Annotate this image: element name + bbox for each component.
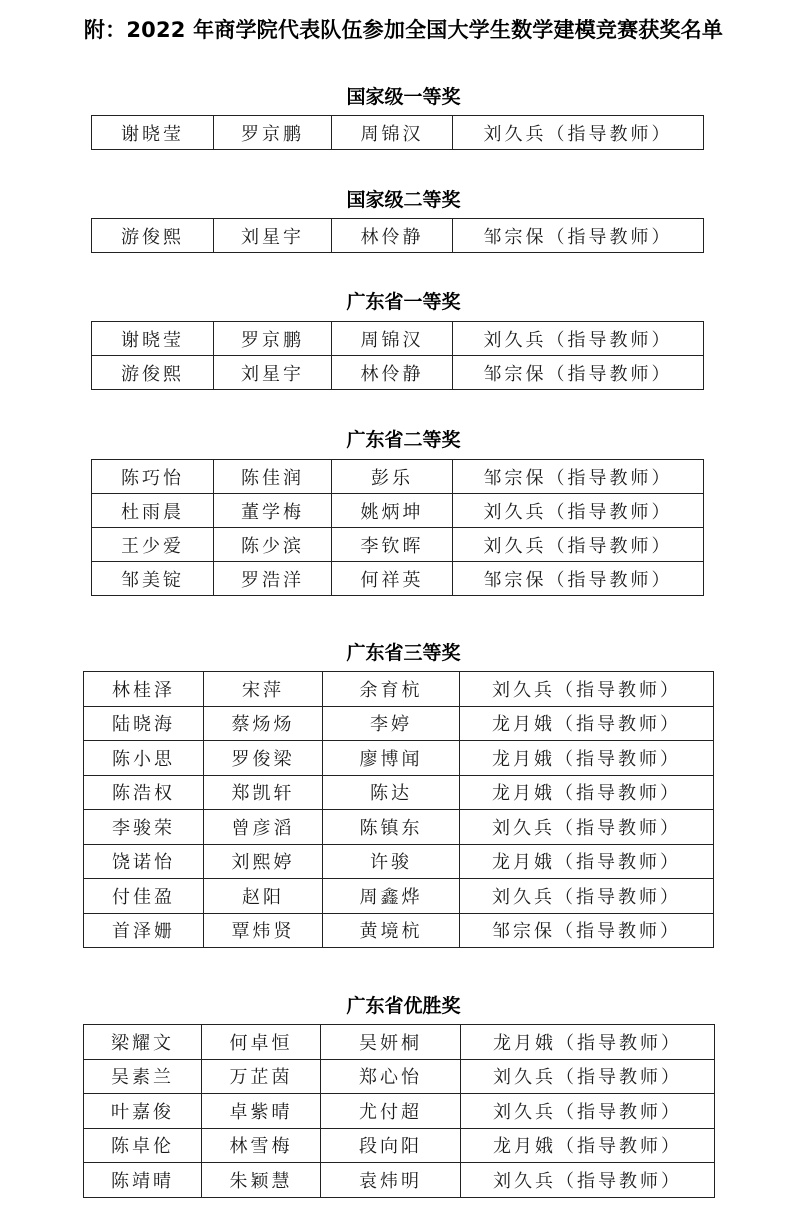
advisor-cell: 刘久兵（指导教师） (453, 528, 704, 562)
advisor-cell: 龙月娥（指导教师） (460, 775, 714, 810)
advisor-cell: 龙月娥（指导教师） (461, 1128, 715, 1163)
section-heading-national-first: 国家级一等奖 (0, 85, 807, 109)
member-cell: 谢晓莹 (92, 322, 214, 356)
member-cell: 陆晓海 (84, 706, 204, 741)
member-cell: 谢晓莹 (92, 116, 214, 150)
member-cell: 林伶静 (332, 219, 453, 253)
table-row: 谢晓莹 罗京鹏 周锦汉 刘久兵（指导教师） (92, 116, 704, 150)
member-cell: 陈靖晴 (84, 1163, 202, 1198)
advisor-cell: 刘久兵（指导教师） (453, 494, 704, 528)
member-cell: 叶嘉俊 (84, 1094, 202, 1129)
member-cell: 彭乐 (332, 460, 453, 494)
member-cell: 卓紫晴 (202, 1094, 321, 1129)
advisor-cell: 邹宗保（指导教师） (460, 913, 714, 948)
member-cell: 林伶静 (332, 356, 453, 390)
member-cell: 吴妍桐 (321, 1025, 461, 1060)
table-row: 吴素兰 万芷茵 郑心怡 刘久兵（指导教师） (84, 1059, 715, 1094)
table-row: 陆晓海 蔡炀炀 李婷 龙月娥（指导教师） (84, 706, 714, 741)
member-cell: 陈浩权 (84, 775, 204, 810)
table-row: 邹美锭 罗浩洋 何祥英 邹宗保（指导教师） (92, 562, 704, 596)
member-cell: 游俊熙 (92, 219, 214, 253)
member-cell: 王少爱 (92, 528, 214, 562)
award-table-provincial-first: 谢晓莹 罗京鹏 周锦汉 刘久兵（指导教师） 游俊熙 刘星宇 林伶静 邹宗保（指导… (91, 321, 704, 390)
member-cell: 林桂泽 (84, 672, 204, 707)
advisor-cell: 刘久兵（指导教师） (460, 879, 714, 914)
member-cell: 许骏 (323, 844, 460, 879)
advisor-cell: 刘久兵（指导教师） (460, 672, 714, 707)
table-row: 首泽姗 覃炜贤 黄境杭 邹宗保（指导教师） (84, 913, 714, 948)
advisor-cell: 邹宗保（指导教师） (453, 460, 704, 494)
advisor-cell: 刘久兵（指导教师） (461, 1163, 715, 1198)
award-table-provincial-third: 林桂泽 宋萍 余育杭 刘久兵（指导教师） 陆晓海 蔡炀炀 李婷 龙月娥（指导教师… (83, 671, 714, 948)
table-row: 陈卓伦 林雪梅 段向阳 龙月娥（指导教师） (84, 1128, 715, 1163)
member-cell: 董学梅 (214, 494, 332, 528)
member-cell: 首泽姗 (84, 913, 204, 948)
table-row: 梁耀文 何卓恒 吴妍桐 龙月娥（指导教师） (84, 1025, 715, 1060)
member-cell: 尤付超 (321, 1094, 461, 1129)
award-table-national-second: 游俊熙 刘星宇 林伶静 邹宗保（指导教师） (91, 218, 704, 253)
member-cell: 曾彦滔 (204, 810, 323, 845)
member-cell: 付佳盈 (84, 879, 204, 914)
member-cell: 袁炜明 (321, 1163, 461, 1198)
table-row: 杜雨晨 董学梅 姚炳坤 刘久兵（指导教师） (92, 494, 704, 528)
member-cell: 姚炳坤 (332, 494, 453, 528)
table-row: 叶嘉俊 卓紫晴 尤付超 刘久兵（指导教师） (84, 1094, 715, 1129)
section-heading-provincial-merit: 广东省优胜奖 (0, 994, 807, 1018)
member-cell: 周鑫烨 (323, 879, 460, 914)
table-row: 王少爱 陈少滨 李钦晖 刘久兵（指导教师） (92, 528, 704, 562)
member-cell: 刘星宇 (214, 219, 332, 253)
advisor-cell: 刘久兵（指导教师） (461, 1059, 715, 1094)
member-cell: 黄境杭 (323, 913, 460, 948)
member-cell: 陈小思 (84, 741, 204, 776)
award-table-provincial-second: 陈巧怡 陈佳润 彭乐 邹宗保（指导教师） 杜雨晨 董学梅 姚炳坤 刘久兵（指导教… (91, 459, 704, 596)
award-table-national-first: 谢晓莹 罗京鹏 周锦汉 刘久兵（指导教师） (91, 115, 704, 150)
member-cell: 余育杭 (323, 672, 460, 707)
award-table-provincial-merit: 梁耀文 何卓恒 吴妍桐 龙月娥（指导教师） 吴素兰 万芷茵 郑心怡 刘久兵（指导… (83, 1024, 715, 1198)
member-cell: 赵阳 (204, 879, 323, 914)
member-cell: 陈镇东 (323, 810, 460, 845)
member-cell: 周锦汉 (332, 116, 453, 150)
member-cell: 林雪梅 (202, 1128, 321, 1163)
advisor-cell: 刘久兵（指导教师） (460, 810, 714, 845)
member-cell: 李婷 (323, 706, 460, 741)
advisor-cell: 邹宗保（指导教师） (453, 356, 704, 390)
member-cell: 杜雨晨 (92, 494, 214, 528)
advisor-cell: 刘久兵（指导教师） (453, 116, 704, 150)
member-cell: 廖博闻 (323, 741, 460, 776)
table-row: 李骏荣 曾彦滔 陈镇东 刘久兵（指导教师） (84, 810, 714, 845)
member-cell: 蔡炀炀 (204, 706, 323, 741)
table-row: 游俊熙 刘星宇 林伶静 邹宗保（指导教师） (92, 219, 704, 253)
member-cell: 罗浩洋 (214, 562, 332, 596)
member-cell: 邹美锭 (92, 562, 214, 596)
member-cell: 万芷茵 (202, 1059, 321, 1094)
section-heading-provincial-second: 广东省二等奖 (0, 428, 807, 452)
section-heading-national-second: 国家级二等奖 (0, 188, 807, 212)
member-cell: 梁耀文 (84, 1025, 202, 1060)
advisor-cell: 龙月娥（指导教师） (460, 844, 714, 879)
member-cell: 李钦晖 (332, 528, 453, 562)
member-cell: 陈少滨 (214, 528, 332, 562)
member-cell: 何祥英 (332, 562, 453, 596)
member-cell: 陈巧怡 (92, 460, 214, 494)
advisor-cell: 邹宗保（指导教师） (453, 219, 704, 253)
table-row: 付佳盈 赵阳 周鑫烨 刘久兵（指导教师） (84, 879, 714, 914)
section-heading-provincial-first: 广东省一等奖 (0, 290, 807, 314)
table-row: 陈巧怡 陈佳润 彭乐 邹宗保（指导教师） (92, 460, 704, 494)
member-cell: 吴素兰 (84, 1059, 202, 1094)
member-cell: 刘星宇 (214, 356, 332, 390)
member-cell: 朱颖慧 (202, 1163, 321, 1198)
member-cell: 宋萍 (204, 672, 323, 707)
member-cell: 游俊熙 (92, 356, 214, 390)
member-cell: 罗俊梁 (204, 741, 323, 776)
member-cell: 罗京鹏 (214, 116, 332, 150)
member-cell: 陈佳润 (214, 460, 332, 494)
advisor-cell: 龙月娥（指导教师） (460, 741, 714, 776)
table-row: 游俊熙 刘星宇 林伶静 邹宗保（指导教师） (92, 356, 704, 390)
member-cell: 周锦汉 (332, 322, 453, 356)
member-cell: 段向阳 (321, 1128, 461, 1163)
advisor-cell: 刘久兵（指导教师） (453, 322, 704, 356)
advisor-cell: 龙月娥（指导教师） (460, 706, 714, 741)
advisor-cell: 邹宗保（指导教师） (453, 562, 704, 596)
table-row: 陈小思 罗俊梁 廖博闻 龙月娥（指导教师） (84, 741, 714, 776)
member-cell: 陈达 (323, 775, 460, 810)
advisor-cell: 龙月娥（指导教师） (461, 1025, 715, 1060)
member-cell: 何卓恒 (202, 1025, 321, 1060)
member-cell: 李骏荣 (84, 810, 204, 845)
member-cell: 覃炜贤 (204, 913, 323, 948)
member-cell: 陈卓伦 (84, 1128, 202, 1163)
section-heading-provincial-third: 广东省三等奖 (0, 641, 807, 665)
table-row: 饶诺怡 刘熙婷 许骏 龙月娥（指导教师） (84, 844, 714, 879)
member-cell: 郑凯轩 (204, 775, 323, 810)
document-title: 附：2022 年商学院代表队伍参加全国大学生数学建模竞赛获奖名单 (0, 14, 807, 44)
table-row: 陈浩权 郑凯轩 陈达 龙月娥（指导教师） (84, 775, 714, 810)
table-row: 林桂泽 宋萍 余育杭 刘久兵（指导教师） (84, 672, 714, 707)
member-cell: 饶诺怡 (84, 844, 204, 879)
advisor-cell: 刘久兵（指导教师） (461, 1094, 715, 1129)
member-cell: 刘熙婷 (204, 844, 323, 879)
table-row: 陈靖晴 朱颖慧 袁炜明 刘久兵（指导教师） (84, 1163, 715, 1198)
table-row: 谢晓莹 罗京鹏 周锦汉 刘久兵（指导教师） (92, 322, 704, 356)
member-cell: 罗京鹏 (214, 322, 332, 356)
member-cell: 郑心怡 (321, 1059, 461, 1094)
